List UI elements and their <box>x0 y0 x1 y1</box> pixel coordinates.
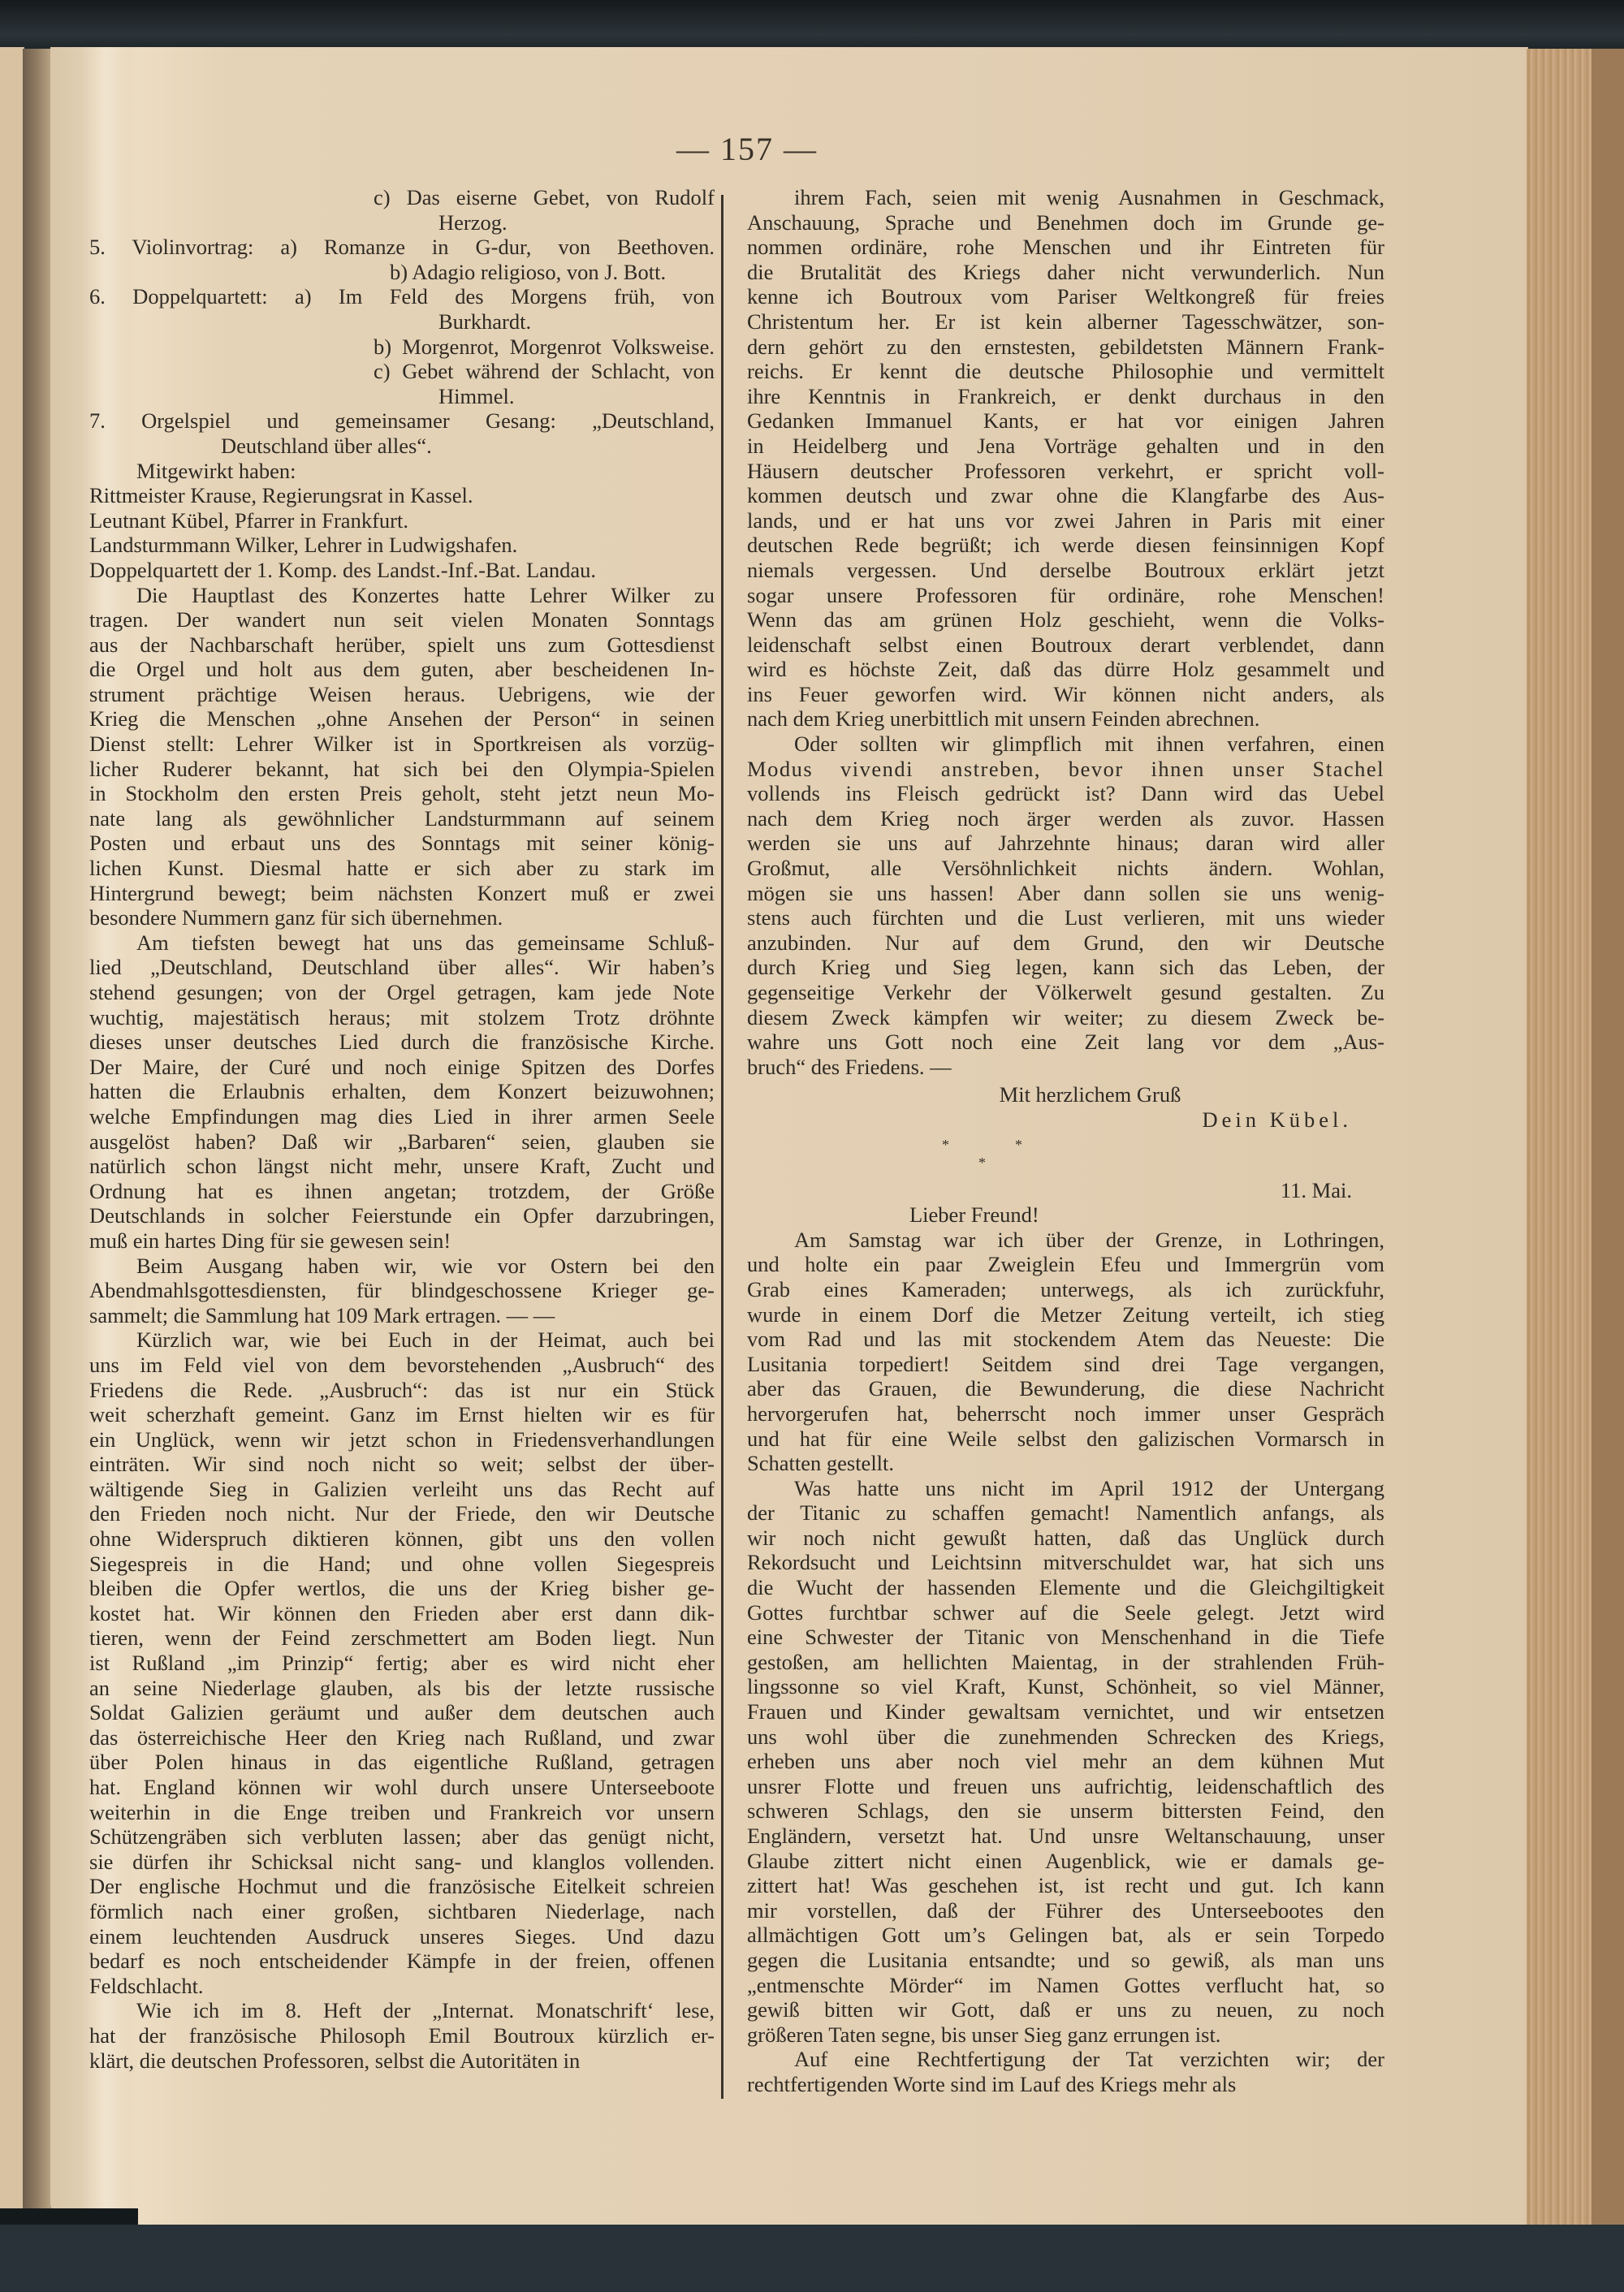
text-line: einem leuchtenden Ausdruck unseres Siege… <box>89 1924 715 1949</box>
text-line: werden sie uns auf Jahrzehnte hinaus; da… <box>747 831 1384 856</box>
column-divider <box>721 195 723 2099</box>
text-line: Frauen und Kinder gewaltsam vernichtet, … <box>747 1699 1384 1724</box>
letter-closing: Mit herzlichem Gruß <box>747 1082 1384 1107</box>
text-line: Wenn das am grünen Holz geschieht, wenn … <box>747 607 1384 632</box>
text-line: dieses unser deutsches Lied durch die fr… <box>89 1029 715 1055</box>
text-line: gestoßen, am hellichten Maientag, in der… <box>747 1650 1384 1675</box>
text-line: nate lang als gewöhnlicher Landsturmmann… <box>89 806 715 831</box>
text-line: allmächtigen Gott um’s Gelingen bat, als… <box>747 1923 1384 1948</box>
star-icon: * <box>1015 1133 1022 1158</box>
paragraph: Auf eine Rechtfertigung der Tat verzicht… <box>747 2047 1384 2096</box>
text-line: natürlich schon längst nicht mehr, unser… <box>89 1154 715 1179</box>
book-binding-top <box>0 0 1624 50</box>
text-line: Modus vivendi anstreben, bevor ihnen uns… <box>747 757 1384 782</box>
paragraph: Kürzlich war, wie bei Euch in der Heimat… <box>89 1327 715 1998</box>
letter-date: 11. Mai. <box>747 1178 1384 1203</box>
letter-signature: Dein Kübel. <box>747 1107 1384 1133</box>
text-line: nach dem Krieg unerbittlich mit unsern F… <box>747 706 1384 732</box>
text-line: Feldschlacht. <box>89 1974 715 1999</box>
text-line: weiterhin in die Enge treiben und Frankr… <box>89 1800 715 1825</box>
text-line: wahre uns Gott noch eine Zeit lang vor d… <box>747 1029 1384 1055</box>
text-line: die Brutalität des Kriegs daher nicht ve… <box>747 260 1384 285</box>
text-line: b) Adagio religioso, von J. Bott. <box>89 260 715 285</box>
text-line: gegen die Lusitania entsandte; und so ge… <box>747 1948 1384 1973</box>
text-line: Deutschlands in solcher Feierstunde ein … <box>89 1203 715 1228</box>
page-stack-edges <box>1527 49 1592 2233</box>
text-line: an seine Niederlage glauben, als bis der… <box>89 1676 715 1701</box>
text-line: durch Krieg und Sieg legen, kann sich da… <box>747 955 1384 980</box>
text-line: und holte ein paar Zweiglein Efeu und Im… <box>747 1252 1384 1277</box>
text-line: hervorgerufen hat, beherrscht noch immer… <box>747 1401 1384 1427</box>
text-line: kostet hat. Wir können den Frieden aber … <box>89 1601 715 1626</box>
text-line: schweren Schlags, den sie unserm bitters… <box>747 1798 1384 1824</box>
text-line: sogar unsere Professoren für ordinäre, r… <box>747 583 1384 608</box>
text-line: wurde in einem Dorf die Metzer Zeitung v… <box>747 1302 1384 1327</box>
text-line: strument prächtige Weisen heraus. Uebrig… <box>89 682 715 707</box>
text-line: Rittmeister Krause, Regierungsrat in Kas… <box>89 483 715 508</box>
text-line: stens auch fürchten und die Lust verlier… <box>747 905 1384 930</box>
text-line: Posten und erbaut uns des Sonntags mit s… <box>89 831 715 856</box>
text-line: Doppelquartett der 1. Komp. des Landst.-… <box>89 558 715 583</box>
text-line: Siegespreis in die Hand; und ohne vollen… <box>89 1552 715 1577</box>
text-line: Herzog. <box>89 210 715 235</box>
text-line: licher Ruderer bekannt, hat sich bei den… <box>89 757 715 782</box>
text-line: lingssonne so viel Kraft, Kunst, Schönhe… <box>747 1674 1384 1699</box>
text-line: Grab eines Kameraden; unterwegs, als ich… <box>747 1277 1384 1302</box>
text-line: ein Unglück, wenn wir jetzt schon in Fri… <box>89 1427 715 1452</box>
text-line: niemals vergessen. Und derselbe Boutroux… <box>747 558 1384 583</box>
text-line: reichs. Er kennt die deutsche Philosophi… <box>747 359 1384 384</box>
paragraph: Oder sollten wir glimpflich mit ihnen ve… <box>747 732 1384 1079</box>
text-line: kommen deutsch und zwar ohne die Klangfa… <box>747 483 1384 508</box>
text-line: förmlich nach einer großen, sichtbaren N… <box>89 1899 715 1924</box>
paragraph: ihrem Fach, seien mit wenig Ausnahmen in… <box>747 185 1384 732</box>
text-line: Leutnant Kübel, Pfarrer in Frankfurt. <box>89 508 715 533</box>
text-line: Anschauung, Sprache und Benehmen doch im… <box>747 210 1384 235</box>
text-line: Hintergrund bewegt; beim nächsten Konzer… <box>89 881 715 906</box>
right-column: ihrem Fach, seien mit wenig Ausnahmen in… <box>747 185 1384 2097</box>
text-line: Himmel. <box>89 384 715 409</box>
text-line: Engländern, versetzt hat. Und unsre Welt… <box>747 1824 1384 1849</box>
text-line: Großmut, alle Versöhnlichkeit nichts änd… <box>747 856 1384 881</box>
left-column: c) Das eiserne Gebet, von RudolfHerzog.5… <box>89 185 715 2073</box>
text-line: größeren Taten segne, bis unser Sieg gan… <box>747 2022 1384 2048</box>
text-line: bruch“ des Friedens. — <box>747 1055 1384 1080</box>
text-line: welche Empfindungen mag dies Lied in ihr… <box>89 1104 715 1129</box>
text-line: in Heidelberg und Jena Vorträge gehalten… <box>747 434 1384 459</box>
book-gutter <box>23 49 50 2225</box>
text-line: c) Das eiserne Gebet, von Rudolf <box>89 185 715 210</box>
text-line: hatten die Erlaubnis erhalten, dem Konze… <box>89 1079 715 1104</box>
star-icon: * <box>978 1150 986 1176</box>
letter-body-text: ihrem Fach, seien mit wenig Ausnahmen in… <box>747 185 1384 1079</box>
text-line: ihre Kenntnis in Frankreich, er denkt du… <box>747 384 1384 409</box>
previous-page-edge <box>0 47 24 2223</box>
text-line: sammelt; die Sammlung hat 109 Mark ertra… <box>89 1303 715 1328</box>
text-line: die Wucht der hassenden Elemente und die… <box>747 1575 1384 1600</box>
letter-salutation: Lieber Freund! <box>747 1202 1384 1228</box>
text-line: 7. Orgelspiel und gemeinsamer Gesang: „D… <box>89 408 715 434</box>
text-line: Glaube zittert nicht einen Augenblick, w… <box>747 1849 1384 1874</box>
text-line: Wie ich im 8. Heft der „Internat. Monats… <box>89 1998 715 2023</box>
text-line: Auf eine Rechtfertigung der Tat verzicht… <box>747 2047 1384 2072</box>
text-line: Gedanken Immanuel Kants, er hat vor eini… <box>747 408 1384 434</box>
text-line: tragen. Der wandert nun seit vielen Mona… <box>89 607 715 632</box>
text-line: die Orgel und holt aus dem guten, aber b… <box>89 657 715 682</box>
text-line: einträten. Wir sind noch nicht so weit; … <box>89 1452 715 1477</box>
text-line: anzubinden. Nur auf dem Grund, den wir D… <box>747 930 1384 956</box>
text-line: in Stockholm den ersten Preis geholt, st… <box>89 781 715 806</box>
text-line: deutschen Rede begrüßt; ich werde diesen… <box>747 533 1384 558</box>
text-line: Burkhardt. <box>89 309 715 335</box>
text-line: bedarf es noch entscheidender Kämpfe in … <box>89 1949 715 1974</box>
text-line: Christentum her. Er ist kein alberner Ta… <box>747 309 1384 335</box>
text-line: c) Gebet während der Schlacht, von <box>89 359 715 384</box>
text-line: mir vorstellen, daß der Führer des Unter… <box>747 1898 1384 1923</box>
text-line: Soldat Galizien geräumt und außer dem de… <box>89 1700 715 1725</box>
star-icon: * <box>942 1133 949 1158</box>
text-line: lands, und er hat uns vor zwei Jahren in… <box>747 508 1384 533</box>
text-line: Die Hauptlast des Konzertes hatte Lehrer… <box>89 583 715 608</box>
paragraph: Am tiefsten bewegt hat uns das gemeinsam… <box>89 930 715 1254</box>
paragraph: Beim Ausgang haben wir, wie vor Ostern b… <box>89 1254 715 1328</box>
text-line: Gottes furchtbar schwer auf die Seele ge… <box>747 1600 1384 1625</box>
text-line: lied „Deutschland, Deutschland über alle… <box>89 955 715 980</box>
paragraph: Die Hauptlast des Konzertes hatte Lehrer… <box>89 583 715 930</box>
text-line: Friedens die Rede. „Ausbruch“: das ist n… <box>89 1378 715 1403</box>
second-letter-body: Am Samstag war ich über der Grenze, in L… <box>747 1228 1384 2097</box>
paragraph: Am Samstag war ich über der Grenze, in L… <box>747 1228 1384 1476</box>
text-line: weit scherzhaft gemeint. Ganz im Ernst h… <box>89 1402 715 1427</box>
text-line: hat der französische Philosoph Emil Bout… <box>89 2023 715 2048</box>
text-line: 6. Doppelquartett: a) Im Feld des Morgen… <box>89 284 715 309</box>
text-line: „entmenschte Mörder“ im Namen Gottes ver… <box>747 1973 1384 1998</box>
text-line: 5. Violinvortrag: a) Romanze in G-dur, v… <box>89 235 715 260</box>
paragraph: Was hatte uns nicht im April 1912 der Un… <box>747 1476 1384 2048</box>
text-line: mögen sie uns hassen! Aber dann sollen s… <box>747 881 1384 906</box>
book-binding-bottom <box>0 2225 1624 2292</box>
text-line: uns wohl über die zunehmenden Schrecken … <box>747 1724 1384 1750</box>
text-line: Beim Ausgang haben wir, wie vor Ostern b… <box>89 1254 715 1279</box>
text-line: erheben uns aber noch viel mehr an dem k… <box>747 1749 1384 1774</box>
text-line: ausgelöst haben? Daß wir „Barbaren“ seie… <box>89 1129 715 1155</box>
text-line: Krieg die Menschen „ohne Ansehen der Per… <box>89 706 715 732</box>
text-line: nach dem Krieg noch ärger werden als zuv… <box>747 806 1384 831</box>
text-line: vollends ins Fleisch gedrückt ist? Dann … <box>747 781 1384 806</box>
text-line: sie dürfen ihr Schicksal nicht sang- und… <box>89 1850 715 1875</box>
text-line: klärt, die deutschen Professoren, selbst… <box>89 2048 715 2074</box>
text-line: ins Feuer geworfen wird. Wir können nich… <box>747 682 1384 707</box>
text-line: besondere Nummern ganz für sich übernehm… <box>89 905 715 930</box>
text-line: Ordnung hat es ihnen angetan; trotzdem, … <box>89 1179 715 1204</box>
text-line: Häusern deutscher Professoren verkehrt, … <box>747 459 1384 484</box>
text-line: Was hatte uns nicht im April 1912 der Un… <box>747 1476 1384 1501</box>
text-line: wältigende Sieg in Galizien verleiht uns… <box>89 1477 715 1502</box>
text-line: Kürzlich war, wie bei Euch in der Heimat… <box>89 1327 715 1353</box>
text-line: zittert hat! Was geschehen ist, ist rech… <box>747 1873 1384 1898</box>
text-line: kenne ich Boutroux vom Pariser Weltkongr… <box>747 284 1384 309</box>
page-stack-outer <box>1592 49 1624 2233</box>
text-line: unsrer Flotte und freuen uns aufrichtig,… <box>747 1774 1384 1799</box>
text-line: uns im Feld viel von dem bevorstehenden … <box>89 1353 715 1378</box>
text-line: diesem Zweck kämpfen wir weiter; zu dies… <box>747 1005 1384 1030</box>
text-line: über Polen hinaus in das eigentliche Ruß… <box>89 1750 715 1775</box>
text-line: Schatten gestellt. <box>747 1451 1384 1476</box>
text-line: Der englische Hochmut und die französisc… <box>89 1874 715 1899</box>
text-line: den Frieden noch nicht. Nur der Friede, … <box>89 1501 715 1526</box>
text-line: Am tiefsten bewegt hat uns das gemeinsam… <box>89 930 715 956</box>
text-line: hat. England können wir wohl durch unser… <box>89 1775 715 1800</box>
text-line: ohne Widerspruch diktieren können, gibt … <box>89 1526 715 1552</box>
text-line: wird es höchste Zeit, daß das dürre Holz… <box>747 657 1384 682</box>
text-line: Am Samstag war ich über der Grenze, in L… <box>747 1228 1384 1253</box>
text-line: gewiß bitten wir Gott, daß er uns zu neu… <box>747 1997 1384 2022</box>
text-line: muß ein hartes Ding für sie gewesen sein… <box>89 1228 715 1254</box>
text-line: Der Maire, der Curé und noch einige Spit… <box>89 1055 715 1080</box>
text-line: aus der Nachbarschaft herüber, spielt un… <box>89 632 715 658</box>
text-line: rechtfertigenden Worte sind im Lauf des … <box>747 2072 1384 2097</box>
text-line: b) Morgenrot, Morgenrot Volksweise. <box>89 335 715 360</box>
text-line: das österreichische Heer den Krieg nach … <box>89 1725 715 1750</box>
text-line: Oder sollten wir glimpflich mit ihnen ve… <box>747 732 1384 757</box>
text-line: wir noch nicht gewußt hatten, daß das Un… <box>747 1526 1384 1551</box>
text-line: dern gehört zu den ernstesten, gebildets… <box>747 335 1384 360</box>
concert-program-list: c) Das eiserne Gebet, von RudolfHerzog.5… <box>89 185 715 459</box>
text-line: gegenseitige Verkehr der Völkerwelt gesu… <box>747 980 1384 1005</box>
text-line: bleiben die Opfer wertlos, die uns der K… <box>89 1576 715 1601</box>
text-line: ihrem Fach, seien mit wenig Ausnahmen in… <box>747 185 1384 210</box>
participants-heading: Mitgewirkt haben: <box>89 459 715 484</box>
text-line: nommen ordinäre, rohe Menschen und ihr E… <box>747 235 1384 260</box>
text-line: tieren, wenn der Feind zerschmettert am … <box>89 1625 715 1651</box>
text-line: und hat für eine Weile selbst den galizi… <box>747 1427 1384 1452</box>
text-line: Deutschland über alles“. <box>89 434 715 459</box>
text-line: Lusitania torpediert! Seitdem sind drei … <box>747 1352 1384 1377</box>
text-line: vom Rad und las mit stockendem Atem das … <box>747 1327 1384 1352</box>
left-body-text: Die Hauptlast des Konzertes hatte Lehrer… <box>89 583 715 2074</box>
text-line: Landsturmmann Wilker, Lehrer in Ludwigsh… <box>89 533 715 558</box>
participants-list: Rittmeister Krause, Regierungsrat in Kas… <box>89 483 715 582</box>
text-line: ist Rußland „im Prinzip“ fertig; aber es… <box>89 1651 715 1676</box>
text-line: Rekordsucht und Leichtsinn mitverschulde… <box>747 1550 1384 1575</box>
text-line: lichen Kunst. Diesmal hatte er sich aber… <box>89 856 715 881</box>
paragraph: Wie ich im 8. Heft der „Internat. Monats… <box>89 1998 715 2073</box>
text-line: eine Schwester der Titanic von Menschenh… <box>747 1625 1384 1650</box>
text-line: stehend gesungen; von der Orgel getragen… <box>89 980 715 1005</box>
text-line: wuchtig, majestätisch heraus; mit stolze… <box>89 1005 715 1030</box>
page-number: — 157 — <box>641 130 853 168</box>
text-line: aber das Grauen, die Bewunderung, die di… <box>747 1376 1384 1401</box>
text-line: leidenschaft selbst einen Boutroux derar… <box>747 632 1384 658</box>
text-line: Schützengräben sich verbluten lassen; ab… <box>89 1824 715 1850</box>
text-line: Abendmahlsgottesdiensten, für blindgesch… <box>89 1278 715 1303</box>
text-line: Dienst stellt: Lehrer Wilker ist in Spor… <box>89 732 715 757</box>
section-separator: * * * <box>747 1133 1384 1178</box>
text-line: der Titanic zu schaffen gemacht! Namentl… <box>747 1500 1384 1526</box>
